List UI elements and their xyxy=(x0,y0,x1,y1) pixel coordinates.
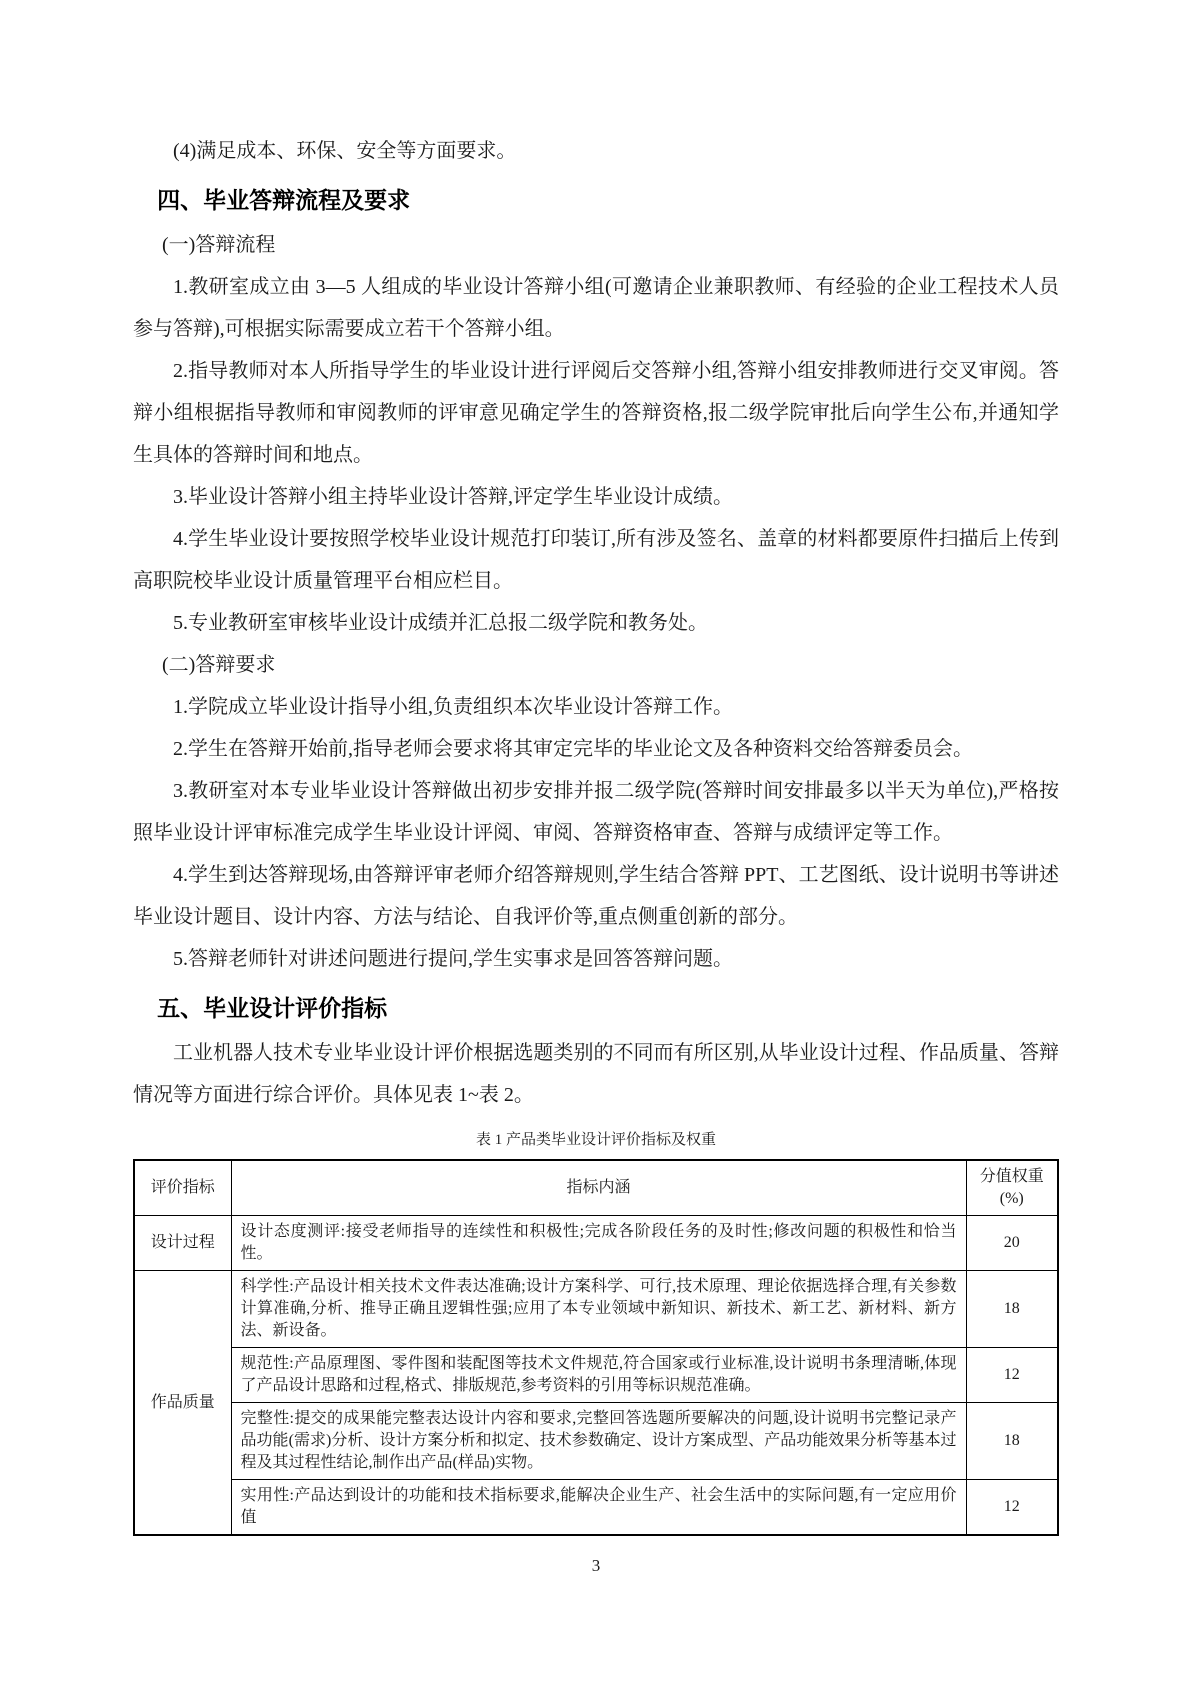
evaluation-intro-paragraph: 工业机器人技术专业毕业设计评价根据选题类别的不同而有所区别,从毕业设计过程、作品… xyxy=(133,1032,1059,1116)
cell-detail-practicality: 实用性:产品达到设计的功能和技术指标要求,能解决企业生产、社会生活中的实际问题,… xyxy=(231,1480,966,1536)
paragraph-cost-safety-requirement: (4)满足成本、环保、安全等方面要求。 xyxy=(133,130,1059,172)
document-page: (4)满足成本、环保、安全等方面要求。 四、毕业答辩流程及要求 (一)答辩流程 … xyxy=(0,0,1191,1684)
header-indicator: 评价指标 xyxy=(134,1160,231,1216)
header-weight-label: 分值权重 xyxy=(980,1168,1044,1185)
cell-weight: 18 xyxy=(966,1271,1058,1348)
defense-procedure-item: 3.毕业设计答辩小组主持毕业设计答辩,评定学生毕业设计成绩。 xyxy=(133,476,1059,518)
defense-procedure-item: 5.专业教研室审核毕业设计成绩并汇总报二级学院和教务处。 xyxy=(133,602,1059,644)
defense-procedure-item: 1.教研室成立由 3—5 人组成的毕业设计答辩小组(可邀请企业兼职教师、有经验的… xyxy=(133,266,1059,350)
table-header-row: 评价指标 指标内涵 分值权重 (%) xyxy=(134,1160,1058,1216)
defense-requirement-item: 5.答辩老师针对讲述问题进行提问,学生实事求是回答答辩问题。 xyxy=(133,938,1059,980)
page-number: 3 xyxy=(133,1554,1059,1578)
cell-detail-completeness: 完整性:提交的成果能完整表达设计内容和要求,完整回答选题所要解决的问题,设计说明… xyxy=(231,1403,966,1480)
defense-requirement-item: 3.教研室对本专业毕业设计答辩做出初步安排并报二级学院(答辩时间安排最多以半天为… xyxy=(133,770,1059,854)
section-5-heading: 五、毕业设计评价指标 xyxy=(133,987,1059,1029)
subsection-4-2-heading: (二)答辩要求 xyxy=(133,644,1059,686)
header-weight: 分值权重 (%) xyxy=(966,1160,1058,1216)
defense-requirement-item: 1.学院成立毕业设计指导小组,负责组织本次毕业设计答辩工作。 xyxy=(133,686,1059,728)
defense-procedure-item: 2.指导教师对本人所指导学生的毕业设计进行评阅后交答辩小组,答辩小组安排教师进行… xyxy=(133,350,1059,476)
defense-requirement-item: 2.学生在答辩开始前,指导老师会要求将其审定完毕的毕业论文及各种资料交给答辩委员… xyxy=(133,728,1059,770)
cell-category-work-quality: 作品质量 xyxy=(134,1271,231,1536)
table-1-caption: 表 1 产品类毕业设计评价指标及权重 xyxy=(133,1130,1059,1150)
cell-weight: 20 xyxy=(966,1216,1058,1271)
table-row: 设计过程 设计态度测评:接受老师指导的连续性和积极性;完成各阶段任务的及时性;修… xyxy=(134,1216,1058,1271)
defense-procedure-item: 4.学生毕业设计要按照学校毕业设计规范打印装订,所有涉及签名、盖章的材料都要原件… xyxy=(133,518,1059,602)
table-row: 规范性:产品原理图、零件图和装配图等技术文件规范,符合国家或行业标准,设计说明书… xyxy=(134,1348,1058,1403)
cell-category-design-process: 设计过程 xyxy=(134,1216,231,1271)
cell-detail-attitude: 设计态度测评:接受老师指导的连续性和积极性;完成各阶段任务的及时性;修改问题的积… xyxy=(231,1216,966,1271)
header-detail: 指标内涵 xyxy=(231,1160,966,1216)
cell-weight: 18 xyxy=(966,1403,1058,1480)
evaluation-weight-table: 评价指标 指标内涵 分值权重 (%) 设计过程 设计态度测评:接受老师指导的连续… xyxy=(133,1159,1059,1536)
table-row: 完整性:提交的成果能完整表达设计内容和要求,完整回答选题所要解决的问题,设计说明… xyxy=(134,1403,1058,1480)
cell-weight: 12 xyxy=(966,1348,1058,1403)
defense-requirement-item: 4.学生到达答辩现场,由答辩评审老师介绍答辩规则,学生结合答辩 PPT、工艺图纸… xyxy=(133,854,1059,938)
cell-detail-standard: 规范性:产品原理图、零件图和装配图等技术文件规范,符合国家或行业标准,设计说明书… xyxy=(231,1348,966,1403)
table-row: 实用性:产品达到设计的功能和技术指标要求,能解决企业生产、社会生活中的实际问题,… xyxy=(134,1480,1058,1536)
section-4-heading: 四、毕业答辩流程及要求 xyxy=(133,179,1059,221)
header-weight-unit: (%) xyxy=(1000,1190,1024,1207)
subsection-4-1-heading: (一)答辩流程 xyxy=(133,224,1059,266)
cell-detail-scientific: 科学性:产品设计相关技术文件表达准确;设计方案科学、可行,技术原理、理论依据选择… xyxy=(231,1271,966,1348)
cell-weight: 12 xyxy=(966,1480,1058,1536)
table-row: 作品质量 科学性:产品设计相关技术文件表达准确;设计方案科学、可行,技术原理、理… xyxy=(134,1271,1058,1348)
